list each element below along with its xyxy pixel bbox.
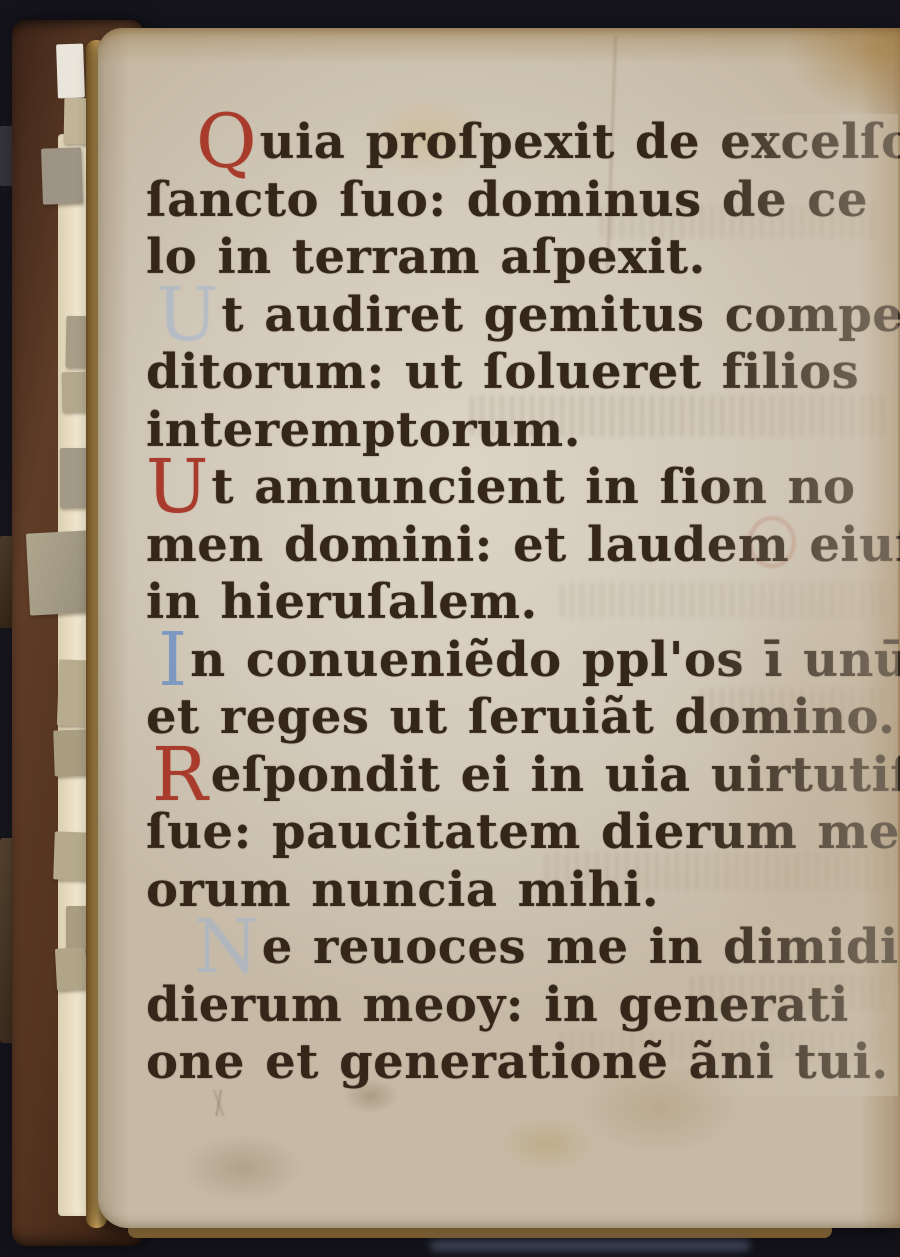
verse-line: in hieruſalem.: [146, 574, 898, 632]
psalm-text-block: Quia proſpexit de excelſo ſancto ſuo: do…: [146, 114, 898, 1092]
background-highlight: [430, 1240, 750, 1251]
versal-initial: U: [146, 468, 208, 506]
index-tab: [41, 147, 83, 204]
verse-line-text: uia proſpexit de excelſo: [260, 114, 900, 170]
index-tab: [55, 947, 87, 991]
verse-line: ſue: paucitatem dierum me: [146, 804, 898, 862]
verse-line-text: t audiret gemitus compe: [221, 287, 900, 343]
verse-line: Quia proſpexit de excelſo: [146, 114, 898, 172]
versal-initial: R: [152, 756, 208, 794]
index-tab: [26, 530, 92, 615]
paper-slip: [56, 44, 85, 99]
verse-line: Ut annuncient in ſion no: [146, 459, 898, 517]
verse-line-text: e reuoces me in dimidio: [262, 919, 900, 975]
versal-initial: Q: [196, 123, 257, 161]
verse-line: lo in terram aſpexit.: [146, 229, 898, 287]
index-tab: [60, 448, 88, 508]
verse-line: et reges ut ſeruiãt domino.: [146, 689, 898, 747]
psalm-verse: Ut audiret gemitus compe ditorum: ut ſol…: [146, 287, 898, 460]
verse-line: Reſpondit ei in uia uirtutiſ: [146, 747, 898, 805]
verse-line: ditorum: ut ſolueret filios: [146, 344, 898, 402]
verse-line: one et generationẽ ãni tui.: [146, 1034, 898, 1092]
verse-line: dierum meoy: in generati: [146, 977, 898, 1035]
verse-line: men domini: et laudem eiuſ: [146, 517, 898, 575]
psalm-verse: Reſpondit ei in uia uirtutiſ ſue: paucit…: [146, 747, 898, 920]
verse-line: interemptorum.: [146, 402, 898, 460]
versal-initial: N: [194, 928, 259, 966]
verse-line: Ut audiret gemitus compe: [146, 287, 898, 345]
psalm-verse: In conueniẽdo ppl'os ī unū: et reges ut …: [146, 632, 898, 747]
verse-line: ſancto ſuo: dominus de ce: [146, 172, 898, 230]
manuscript-photo: Quia proſpexit de excelſo ſancto ſuo: do…: [0, 0, 900, 1257]
verse-line: In conueniẽdo ppl'os ī unū:: [146, 632, 898, 690]
verse-line-text: n conueniẽdo ppl'os ī unū:: [190, 632, 900, 688]
psalm-verse: Ut annuncient in ſion no men domini: et …: [146, 459, 898, 632]
verse-line-text: eſpondit ei in uia uirtutiſ: [211, 747, 900, 803]
verse-line: orum nuncia mihi.: [146, 862, 898, 920]
versal-initial: U: [156, 296, 218, 334]
psalm-verse: Quia proſpexit de excelſo ſancto ſuo: do…: [146, 114, 898, 287]
verse-line-text: t annuncient in ſion no: [211, 459, 855, 515]
scratch-mark: [160, 1090, 280, 1116]
versal-initial: I: [158, 641, 187, 679]
index-tab: [53, 729, 89, 776]
verse-line: Ne reuoces me in dimidio: [146, 919, 898, 977]
psalm-verse: Ne reuoces me in dimidio dierum meoy: in…: [146, 919, 898, 1092]
